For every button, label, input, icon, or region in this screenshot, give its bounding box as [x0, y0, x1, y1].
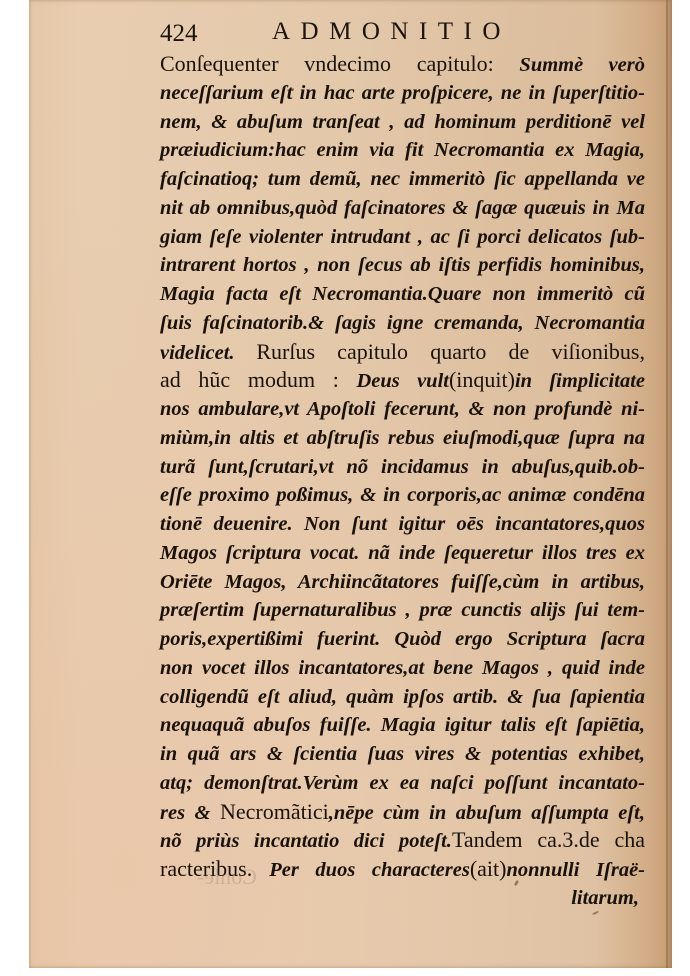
text-line: nos ambulare,vt Apoſtoli fecerunt, & non…: [160, 395, 645, 424]
book-page: 424 ADMONITIO Conſequenter vndecimo capi…: [29, 0, 672, 968]
italic-text: nos ambulare,vt Apoſtoli fecerunt, & non…: [160, 398, 645, 420]
text-line: nem, & abuſum tranſeat , ad hominum perd…: [160, 108, 645, 137]
text-line: res & Necromãtici,nēpe cùm in abuſum aſſ…: [160, 798, 645, 827]
text-line: tionē deuenire. Non ſunt igitur oēs inca…: [160, 510, 645, 539]
italic-text: Oriēte Magos, Archiincãtatores fuiſſe,cù…: [160, 571, 645, 593]
italic-text: nem, & abuſum tranſeat , ad hominum perd…: [160, 111, 645, 133]
italic-text: præiudicium:hac enim via fit Necromantia…: [160, 139, 645, 161]
text-line: faſcinatioq; tum demũ, nec immeritò ſic …: [160, 165, 645, 194]
roman-text: Conſequenter vndecimo capitulo:: [160, 51, 519, 76]
body-text: Conſequenter vndecimo capitulo: Summè ve…: [160, 50, 645, 913]
italic-text: Deus vult: [357, 370, 449, 392]
italic-text: Summè verò: [519, 54, 645, 76]
text-line: nit ab omnibus,quòd faſcinatores & ſagæ …: [160, 194, 645, 223]
italic-text: miùm,in altis et abſtruſis rebus eiuſmod…: [160, 427, 645, 449]
roman-text: Rurſus capitulo quarto de viſionibus,: [256, 339, 645, 364]
text-line: præſertim ſupernaturalibus , præ cunctis…: [160, 596, 645, 625]
roman-text: (ait): [470, 856, 507, 881]
italic-text: eſſe proximo poßimus, & in corporis,ac a…: [160, 484, 645, 506]
text-line: miùm,in altis et abſtruſis rebus eiuſmod…: [160, 424, 645, 453]
italic-text: neceſſarium eſt in hac arte proſpicere, …: [160, 82, 645, 104]
text-line: in quã ars & ſcientia ſuas vires & poten…: [160, 740, 645, 769]
text-line: eſſe proximo poßimus, & in corporis,ac a…: [160, 481, 645, 510]
italic-text: non vocet illos incantatores,at bene Mag…: [160, 657, 645, 679]
text-line: nequaquã abuſos fuiſſe. Magia igitur tal…: [160, 711, 645, 740]
text-line: ſuis faſcinatorib.& ſagis igne cremanda,…: [160, 309, 645, 338]
running-head: ADMONITIO: [272, 18, 511, 46]
text-line: poris,expertißimi fuerint. Quòd ergo Scr…: [160, 625, 645, 654]
roman-text: Tandem ca.3.de cha: [452, 827, 645, 852]
italic-text: faſcinatioq; tum demũ, nec immeritò ſic …: [160, 168, 645, 190]
italic-text: poris,expertißimi fuerint. Quòd ergo Scr…: [160, 628, 645, 650]
italic-text: præſertim ſupernaturalibus , præ cunctis…: [160, 599, 645, 621]
text-line: turã ſunt,ſcrutari,vt nõ incidamus in ab…: [160, 453, 645, 482]
text-line: giam ſeſe violenter intrudant , ac ſi po…: [160, 223, 645, 252]
text-line: intrarent hortos , non ſecus ab iſtis pe…: [160, 251, 645, 280]
italic-text: nonnulli Iſraë-: [507, 859, 646, 881]
text-line: non vocet illos incantatores,at bene Mag…: [160, 654, 645, 683]
text-line: neceſſarium eſt in hac arte proſpicere, …: [160, 79, 645, 108]
italic-text: ,nēpe cùm in abuſum aſſumpta eſt,: [329, 802, 645, 824]
italic-text: intrarent hortos , non ſecus ab iſtis pe…: [160, 254, 645, 276]
italic-text: Magos ſcriptura vocat. nã inde ſequeretu…: [160, 542, 645, 564]
italic-text: nit ab omnibus,quòd faſcinatores & ſagæ …: [160, 197, 645, 219]
italic-text: ſuis faſcinatorib.& ſagis igne cremanda,…: [160, 312, 645, 334]
text-line: ad hũc modum : Deus vult(inquit)in ſimpl…: [160, 366, 645, 395]
italic-text: nõ priùs incantatio dici poteſt.: [160, 830, 452, 852]
text-line: atq; demonſtrat.Verùm ex ea naſci poſſun…: [160, 769, 645, 798]
text-line: Oriēte Magos, Archiincãtatores fuiſſe,cù…: [160, 568, 645, 597]
text-line: videlicet. Rurſus capitulo quarto de viſ…: [160, 338, 645, 367]
page-number: 424: [160, 20, 198, 48]
italic-text: giam ſeſe violenter intrudant , ac ſi po…: [160, 226, 645, 248]
paper-speck: [291, 88, 294, 91]
text-line: Conſequenter vndecimo capitulo: Summè ve…: [160, 50, 645, 79]
roman-text: ad hũc modum :: [160, 367, 357, 392]
italic-text: Per duos characteres: [269, 859, 470, 881]
italic-text: tionē deuenire. Non ſunt igitur oēs inca…: [160, 513, 645, 535]
text-line: Magos ſcriptura vocat. nã inde ſequeretu…: [160, 539, 645, 568]
text-line: Magia facta eſt Necromantia.Quare non im…: [160, 280, 645, 309]
page-header: 424 ADMONITIO: [160, 16, 630, 50]
italic-text: nequaquã abuſos fuiſſe. Magia igitur tal…: [160, 714, 645, 736]
italic-text: colligendũ eſt aliud, quàm ipſos artib. …: [160, 686, 645, 708]
italic-text: in quã ars & ſcientia ſuas vires & poten…: [160, 743, 645, 765]
text-line: præiudicium:hac enim via fit Necromantia…: [160, 136, 645, 165]
italic-text: turã ſunt,ſcrutari,vt nõ incidamus in ab…: [160, 456, 645, 478]
italic-text: atq; demonſtrat.Verùm ex ea naſci poſſun…: [160, 772, 645, 794]
roman-text: (inquit): [449, 367, 515, 392]
italic-text: in ſimplicitate: [515, 370, 645, 392]
bleed-through-text: Conſe-: [197, 864, 257, 890]
roman-text: Necromãtici: [220, 799, 329, 824]
italic-text: Magia facta eſt Necromantia.Quare non im…: [160, 283, 645, 305]
italic-text: videlicet.: [160, 342, 256, 364]
italic-text: res &: [160, 802, 220, 824]
text-line: colligendũ eſt aliud, quàm ipſos artib. …: [160, 683, 645, 712]
text-line: nõ priùs incantatio dici poteſt.Tandem c…: [160, 826, 645, 855]
